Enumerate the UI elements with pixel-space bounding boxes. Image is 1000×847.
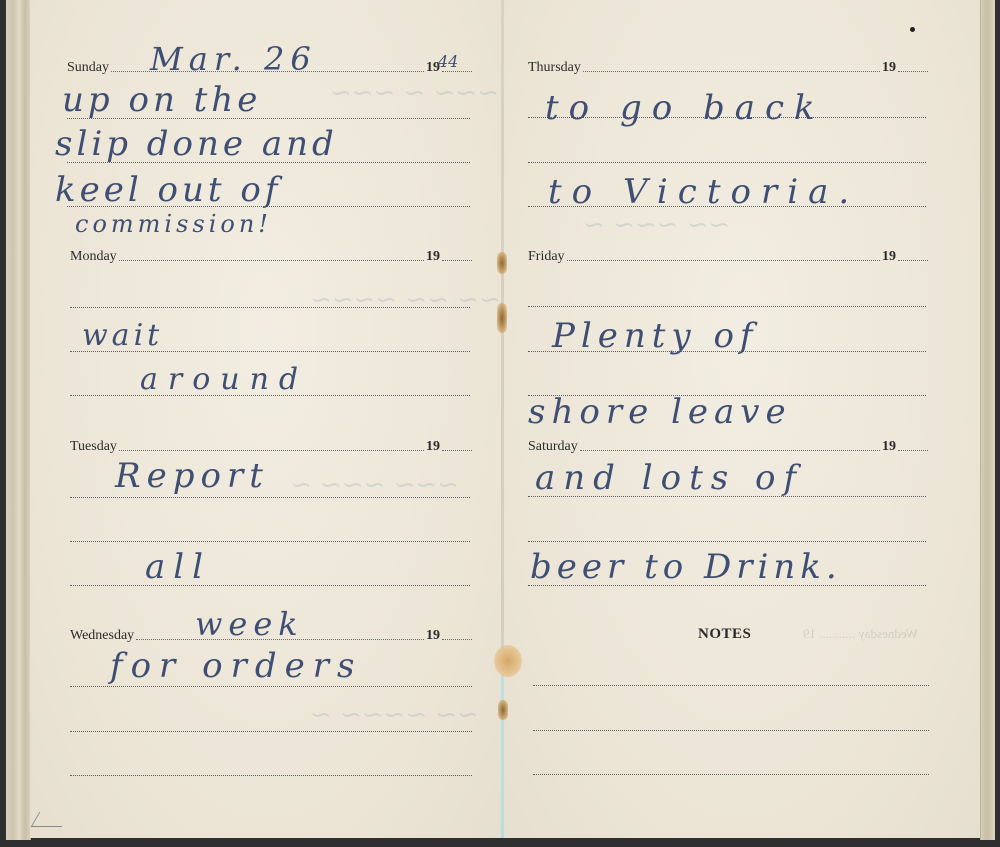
day-label: Wednesday	[70, 628, 136, 644]
day-label: Tuesday	[70, 439, 119, 455]
day-label: Friday	[528, 249, 567, 265]
year-prefix: 19	[880, 60, 898, 76]
year-prefix: 19	[424, 628, 442, 644]
staple-hole	[498, 700, 508, 720]
writing-line	[70, 307, 470, 308]
show-through-ink: ~~~ ~~~ ~	[290, 470, 459, 500]
year-prefix: 19	[880, 249, 898, 265]
show-through-ink: ~~ ~~~ ~	[583, 210, 730, 240]
year-prefix: 19	[424, 439, 442, 455]
handwritten-entry-line: to Victoria.	[548, 172, 859, 212]
handwritten-entry-line: shore leave	[528, 392, 792, 432]
notes-line	[533, 774, 929, 775]
handwritten-entry-line: wait	[82, 318, 163, 353]
writing-line	[528, 541, 926, 542]
handwritten-entry-line: beer to Drink.	[530, 547, 842, 587]
show-through-ink: ~~~ ~ ~~~	[330, 78, 499, 108]
rust-stain	[494, 645, 522, 677]
day-header-saturday: Saturday 19	[528, 435, 928, 455]
staple-hole	[497, 303, 507, 333]
day-label: Saturday	[528, 439, 580, 455]
date-dotted-line	[567, 259, 880, 261]
show-through-ink: ~~ ~~~~ ~	[310, 700, 479, 730]
handwritten-entry-line: commission!	[75, 210, 272, 238]
handwritten-entry-line: slip done and	[55, 124, 338, 164]
diary-spread: ~~~ ~ ~~~ ~~ ~~ ~~~~ ~~~ ~~~ ~ ~~ ~~~~ ~…	[0, 0, 1000, 847]
day-label: Monday	[70, 249, 119, 265]
handwritten-entry-line: around	[140, 362, 308, 397]
day-label: Thursday	[528, 60, 583, 76]
year-dotted-line	[898, 70, 928, 72]
day-label: Sunday	[67, 60, 111, 76]
handwritten-entry-line: keel out of	[55, 170, 281, 210]
date-dotted-line	[580, 449, 880, 451]
day-header-monday: Monday 19	[70, 245, 472, 265]
handwritten-entry-line: Plenty of	[552, 316, 759, 356]
year-dotted-line	[442, 638, 472, 640]
year-prefix: 19	[424, 249, 442, 265]
year-dotted-line	[442, 259, 472, 261]
year-prefix: 19	[880, 439, 898, 455]
handwritten-entry-line: and lots of	[535, 458, 804, 498]
handwritten-entry-line: for orders	[110, 646, 362, 686]
notes-title: NOTES	[698, 626, 751, 643]
date-dotted-line	[119, 449, 424, 451]
year-dotted-line	[898, 259, 928, 261]
page-stack-left-edge	[6, 0, 31, 840]
year-dotted-line	[898, 449, 928, 451]
handwritten-date: week	[195, 605, 304, 643]
handwritten-entry-line: Report	[115, 456, 269, 496]
day-header-friday: Friday 19	[528, 245, 928, 265]
writing-line	[70, 775, 472, 776]
writing-line	[70, 686, 472, 687]
handwritten-year: 44	[438, 52, 458, 71]
notes-line	[533, 685, 929, 686]
writing-line	[70, 731, 472, 732]
date-dotted-line	[119, 259, 424, 261]
show-through-print: Wednesday ........... 19	[803, 626, 918, 642]
notes-line	[533, 730, 929, 731]
show-through-ink: ~~ ~~ ~~~~	[310, 285, 501, 315]
writing-line	[528, 306, 926, 307]
ink-speck	[910, 27, 915, 32]
handwritten-date: Mar. 26	[150, 40, 317, 78]
writing-line	[528, 162, 926, 163]
day-header-tuesday: Tuesday 19	[70, 435, 472, 455]
staple-hole	[497, 252, 507, 274]
handwritten-entry-line: to go back	[545, 88, 825, 128]
year-dotted-line	[442, 449, 472, 451]
writing-line	[70, 585, 470, 586]
day-header-thursday: Thursday 19	[528, 56, 928, 76]
page-stack-right-edge	[980, 0, 995, 840]
writing-line	[70, 541, 470, 542]
writing-line	[70, 497, 470, 498]
handwritten-entry-line: up on the	[62, 80, 261, 120]
handwritten-entry-line: all	[145, 547, 211, 587]
date-dotted-line	[583, 70, 880, 72]
